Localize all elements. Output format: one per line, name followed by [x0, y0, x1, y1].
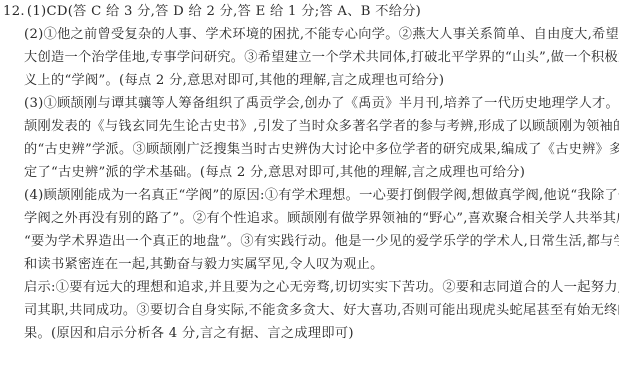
answer-line-part-2c: 义上的“学阀”。(每点 2 分,意思对即可,其他的理解,言之成理也可给分)	[24, 72, 614, 90]
answer-line-part-4a: (4)顾颉刚能成为一名真正“学阀”的原因:①有学术理想。一心要打倒假学阀,想做真…	[24, 187, 614, 205]
answer-part-1-text: (1)CD(答 C 给 3 分,答 D 给 2 分,答 E 给 1 分;答 A、…	[27, 4, 421, 19]
answer-line-insight-c: 果。(原因和启示分析各 4 分,言之有据、言之成理即可)	[24, 325, 614, 343]
answer-line-part-4d: 和读书紧密连在一起,其勤奋与毅力实属罕见,令人叹为观止。	[24, 256, 614, 274]
answer-line-part-2b: 大创造一个治学佳地,专事学问研究。③希望建立一个学术共同体,打破北平学界的“山头…	[24, 49, 614, 67]
answer-line-insight-a: 启示:①要有远大的理想和追求,并且要为之心无旁骛,切切实实下苦功。②要和志同道合…	[24, 279, 614, 297]
answer-line-part-3d: 定了“古史辨”派的学术基础。(每点 2 分,意思对即可,其他的理解,言之成理也可…	[24, 164, 614, 182]
answer-line-part-2a: (2)①他之前曾受复杂的人事、学术环境的困扰,不能专心向学。②燕大人事关系简单、…	[24, 26, 614, 44]
answer-page: 12.(1)CD(答 C 给 3 分,答 D 给 2 分,答 E 给 1 分;答…	[0, 0, 619, 375]
answer-line-part-4b: 学阀之外再没有别的路了”。②有个性追求。顾颉刚有做学界领袖的“野心”,喜欢聚合相…	[24, 210, 614, 228]
question-number: 12.	[3, 4, 25, 19]
answer-line-part-3b: 颉刚发表的《与钱玄同先生论古史书》,引发了当时众多著名学者的参与考辨,形成了以顾…	[24, 118, 614, 136]
answer-line-part-3a: (3)①顾颉刚与谭其骧等人筹备组织了禹贡学会,创办了《禹贡》半月刊,培养了一代历…	[24, 95, 614, 113]
answer-line-part-4c: “要为学术界造出一个真正的地盘”。③有实践行动。他是一少见的爱学乐学的学术人,日…	[24, 233, 614, 251]
answer-line-part-1: 12.(1)CD(答 C 给 3 分,答 D 给 2 分,答 E 给 1 分;答…	[3, 3, 593, 21]
answer-line-insight-b: 司其职,共同成功。③要切合自身实际,不能贪多贪大、好大喜功,否则可能出现虎头蛇尾…	[24, 302, 614, 320]
answer-line-part-3c: 的“古史辨”学派。③顾颉刚广泛搜集当时古史辨伪大讨论中多位学者的研究成果,编成了…	[24, 141, 614, 159]
